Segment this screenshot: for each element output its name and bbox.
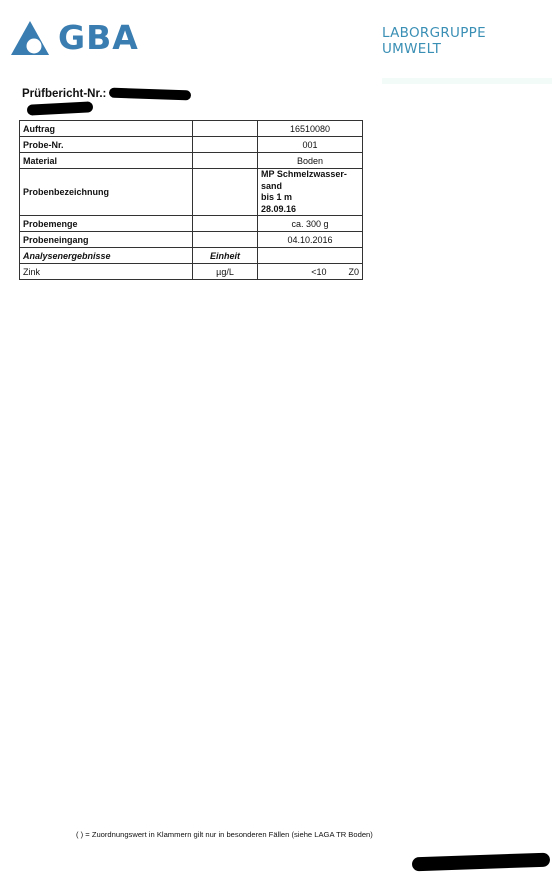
row-value-multiline: MP Schmelzwasser- sand bis 1 m 28.09.16 xyxy=(258,169,363,216)
logo-text: GBA xyxy=(58,20,139,56)
results-header-unit: Einheit xyxy=(193,248,258,264)
report-number-label: Prüfbericht-Nr.: xyxy=(22,88,106,100)
results-header-value xyxy=(258,248,363,264)
row-label: Probenbezeichnung xyxy=(20,169,193,216)
row-unit xyxy=(193,216,258,232)
table-row: Probenbezeichnung MP Schmelzwasser- sand… xyxy=(20,169,363,216)
table-row: Probemenge ca. 300 g xyxy=(20,216,363,232)
result-class: Z0 xyxy=(348,267,359,277)
row-unit xyxy=(193,137,258,153)
report-number: Prüfbericht-Nr.: xyxy=(22,88,191,100)
footnote: ( ) = Zuordnungswert in Klammern gilt nu… xyxy=(76,830,373,839)
value-line: 28.09.16 xyxy=(261,204,359,216)
sample-info-table: Auftrag 16510080 Probe-Nr. 001 Material … xyxy=(19,120,363,280)
row-label: Probemenge xyxy=(20,216,193,232)
brand-line-2: UMWELT xyxy=(382,41,486,57)
row-value: 001 xyxy=(258,137,363,153)
row-unit xyxy=(193,153,258,169)
result-parameter: Zink xyxy=(20,264,193,280)
row-label: Probeneingang xyxy=(20,232,193,248)
value-line: sand xyxy=(261,181,359,193)
faint-address-line xyxy=(382,78,552,84)
row-value: ca. 300 g xyxy=(258,216,363,232)
row-label: Auftrag xyxy=(20,121,193,137)
row-label: Material xyxy=(20,153,193,169)
redaction-signature xyxy=(412,853,550,872)
result-row: Zink µg/L <10 Z0 xyxy=(20,264,363,280)
table-row: Material Boden xyxy=(20,153,363,169)
row-unit xyxy=(193,232,258,248)
triangle-logo-icon xyxy=(10,20,50,56)
result-value: <10 xyxy=(311,267,326,277)
row-label: Probe-Nr. xyxy=(20,137,193,153)
table-row: Probeneingang 04.10.2016 xyxy=(20,232,363,248)
result-unit: µg/L xyxy=(193,264,258,280)
table-row: Probe-Nr. 001 xyxy=(20,137,363,153)
row-value: 04.10.2016 xyxy=(258,232,363,248)
row-unit xyxy=(193,169,258,216)
redaction-report-number xyxy=(109,88,191,101)
row-unit xyxy=(193,121,258,137)
row-value: 16510080 xyxy=(258,121,363,137)
brand-line-1: LABORGRUPPE xyxy=(382,25,486,41)
value-line: MP Schmelzwasser- xyxy=(261,169,359,181)
row-value: Boden xyxy=(258,153,363,169)
value-line: bis 1 m xyxy=(261,192,359,204)
result-value-cell: <10 Z0 xyxy=(258,264,363,280)
gba-logo: GBA xyxy=(10,20,139,56)
table-row: Auftrag 16510080 xyxy=(20,121,363,137)
redaction-report-number-2 xyxy=(27,101,93,115)
results-header-row: Analysenergebnisse Einheit xyxy=(20,248,363,264)
brand-name: LABORGRUPPE UMWELT xyxy=(382,25,486,57)
results-header-label: Analysenergebnisse xyxy=(20,248,193,264)
